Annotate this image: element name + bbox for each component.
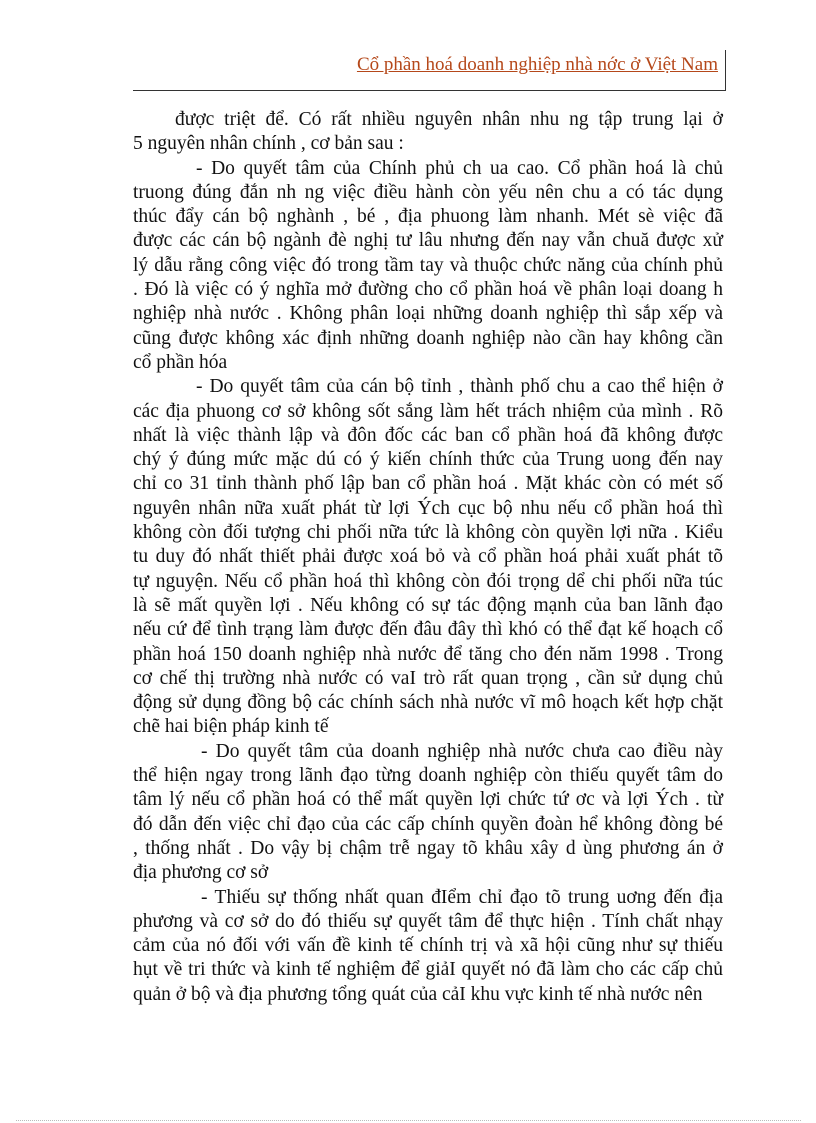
header-rule (133, 90, 726, 91)
text-line: cổ phần hóa (133, 351, 723, 375)
text-line: - Do quyết tâm của doanh nghiệp nhà nước… (133, 740, 723, 764)
document-page: Cổ phần hoá doanh nghiệp nhà nớc ở Việt … (0, 0, 816, 1123)
text-line: các địa phuong cơ sở không sốt sắng làm … (133, 400, 723, 424)
text-line: chý ý đúng mức mặc dú có ý kiến chính th… (133, 448, 723, 472)
text-line: không còn đối tượng chi phối nữa tức là … (133, 521, 723, 545)
text-line: . Đó là việc có ý nghĩa mở đường cho cổ … (133, 278, 723, 302)
text-line: nguyên nhân nữa xuất phát từ lợi Ých cục… (133, 497, 723, 521)
text-line: phương và cơ sở do đó thiếu sự quyết tâm… (133, 910, 723, 934)
text-line: hụt về tri thức và kinh tế nghiệm để giả… (133, 958, 723, 982)
text-line: nhất là việc thành lập và đôn đốc các ba… (133, 424, 723, 448)
page-header: Cổ phần hoá doanh nghiệp nhà nớc ở Việt … (133, 48, 726, 91)
text-line: - Thiếu sự thống nhất quan đIểm chỉ đạo … (133, 886, 723, 910)
text-line: , thống nhất . Do vậy bị chậm trễ ngay t… (133, 837, 723, 861)
text-line: cũng được không xác định những doanh ngh… (133, 327, 723, 351)
text-line: cơ chế thị trường nhà nước có vaI trò rấ… (133, 667, 723, 691)
text-line: động sử dụng đồng bộ các chính sách nhà … (133, 691, 723, 715)
text-line: đó dẫn đến việc chỉ đạo của các cấp chín… (133, 813, 723, 837)
text-line: phần hoá 150 doanh nghiệp nhà nước để tă… (133, 643, 723, 667)
header-title: Cổ phần hoá doanh nghiệp nhà nớc ở Việt … (357, 54, 718, 76)
text-line: nghiệp nhà nước . Không phân loại những … (133, 302, 723, 326)
text-line: được các cán bộ ngành đè nghị tư lâu như… (133, 229, 723, 253)
text-line: thể hiện ngay trong lãnh đạo từng doanh … (133, 764, 723, 788)
header-vertical-rule (725, 50, 726, 91)
text-line: quản ở bộ và địa phương tổng quát của cả… (133, 983, 723, 1007)
text-line: tự nguyện. Nếu cổ phần hoá thì không còn… (133, 570, 723, 594)
text-line: chỉ co 31 tỉnh thành phố lập ban cổ phần… (133, 472, 723, 496)
text-line: chẽ hai biện pháp kinh tế (133, 715, 723, 739)
body-text: được triệt để. Có rất nhiều nguyên nhân … (133, 108, 723, 1007)
text-line: địa phương cơ sở (133, 861, 723, 885)
text-line: tu duy đó nhất thiết phải được xoá bỏ và… (133, 545, 723, 569)
text-line: tâm lý nếu cổ phần hoá có thể mất quyền … (133, 788, 723, 812)
text-line: - Do quyết tâm của cán bộ tỉnh , thành p… (133, 375, 723, 399)
text-line: nếu cứ để tình trạng làm được đến đâu đâ… (133, 618, 723, 642)
text-line: - Do quyết tâm của Chính phủ ch ua cao. … (133, 157, 723, 181)
text-line: thúc đẩy cán bộ nghành , bé , địa phuong… (133, 205, 723, 229)
text-line: là sẽ mất quyền lợi . Nếu không có sự tá… (133, 594, 723, 618)
text-line: cảm của nó đối với vấn đề kinh tế chính … (133, 934, 723, 958)
page-bottom-dotted-border (16, 1120, 801, 1121)
text-line: lý dẫu rằng công việc đó trong tầm tay v… (133, 254, 723, 278)
text-line: truong đúng đắn nh ng việc điều hành còn… (133, 181, 723, 205)
text-line: được triệt để. Có rất nhiều nguyên nhân … (133, 108, 723, 132)
text-line: 5 nguyên nhân chính , cơ bản sau : (133, 132, 723, 156)
